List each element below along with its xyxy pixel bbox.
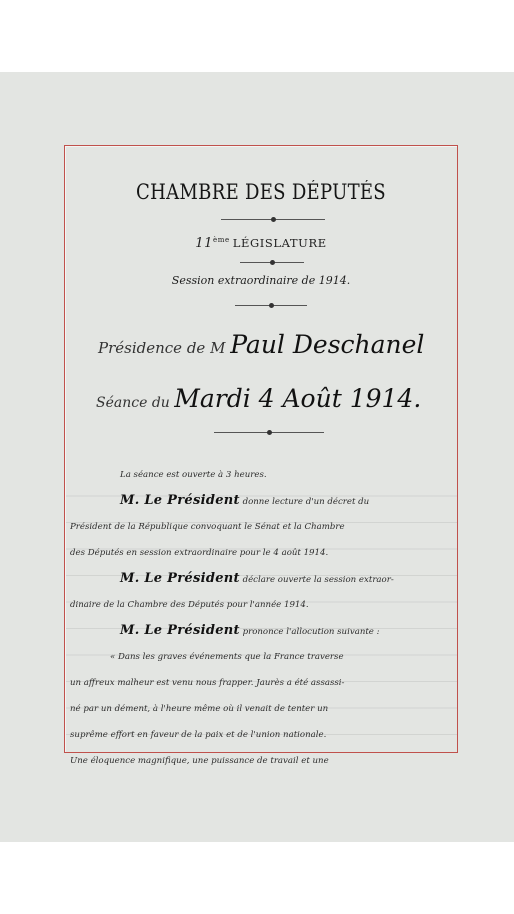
minutes-line: dinaire de la Chambre des Députés pour l… [70,592,456,618]
seance-date: Mardi 4 Août 1914. [174,384,421,413]
minutes-line: suprême effort en faveur de la paix et d… [70,722,456,748]
legislature-label: LÉGISLATURE [233,236,327,250]
minutes-line: des Députés en session extraordinaire po… [70,540,456,566]
minutes-line: né par un dément, à l'heure même où il v… [70,696,456,722]
speaker-name: M. Le Président [120,623,240,638]
ornament-divider [221,219,325,220]
minutes-line: M. Le Président donne lecture d'un décre… [70,488,456,514]
ornament-divider [214,432,324,433]
minutes-text: La séance est ouverte à 3 heures. M. Le … [70,462,456,774]
minutes-line: Président de la République convoquant le… [70,514,456,540]
minutes-line: un affreux malheur est venu nous frapper… [70,670,456,696]
document-title: CHAMBRE DES DÉPUTÉS [92,180,431,204]
minutes-line: M. Le Président déclare ouverte la sessi… [70,566,456,592]
presidence-prefix: Présidence de M [98,339,225,357]
minutes-line: Une éloquence magnifique, une puissance … [70,748,456,774]
ornament-divider [240,262,304,263]
president-name: Paul Deschanel [230,330,424,359]
legislature-number: 11 [195,236,213,251]
speaker-name: M. Le Président [120,493,240,508]
session-line: Session extraordinaire de 1914. [64,274,458,287]
minutes-line: M. Le Président prononce l'allocution su… [70,618,456,644]
seance-line: Séance du Mardi 4 Août 1914. [96,384,421,413]
ornament-divider [235,305,307,306]
legislature-suffix: ème [213,236,230,244]
presidence-line: Présidence de M Paul Deschanel [98,330,424,359]
seance-prefix: Séance du [96,395,170,411]
speaker-name: M. Le Président [120,571,240,586]
minutes-line: La séance est ouverte à 3 heures. [70,462,456,488]
legislature-heading: 11èmeLÉGISLATURE [64,236,458,251]
minutes-line: « Dans les graves événements que la Fran… [70,644,456,670]
